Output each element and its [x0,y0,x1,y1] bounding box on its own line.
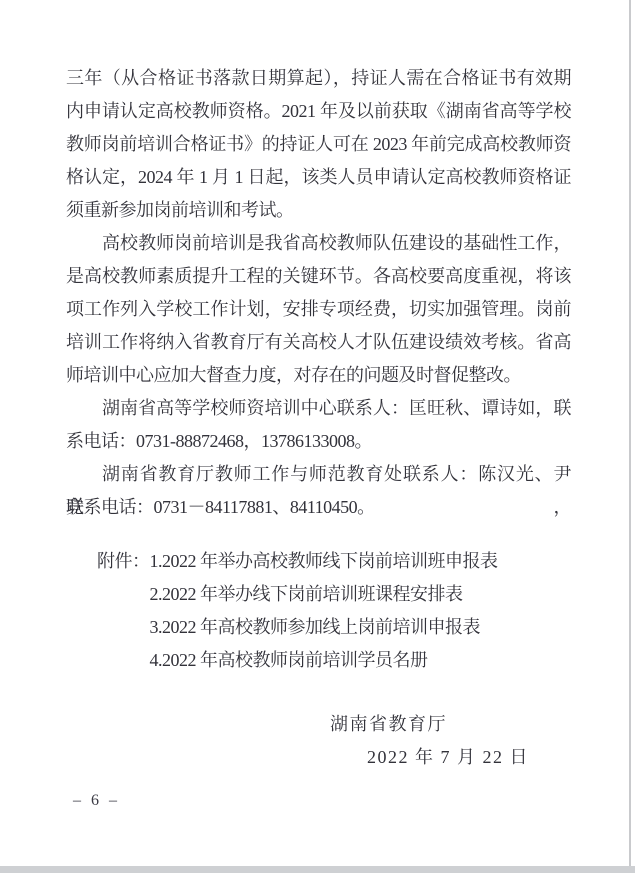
text-line: 湖南省教育厅教师工作与师范教育处联系人：陈汉光、尹竞， [66,458,571,491]
text-line: 师培训中心应加大督查力度，对存在的问题及时督促整改。 [66,359,571,392]
attachment-item: 3.2022 年高校教师参加线上岗前培训申报表 [150,611,498,644]
text-line: 格认定，2024 年 1 月 1 日起，该类人员申请认定高校教师资格证 [66,161,571,194]
attachment-item: 1.2022 年举办高校教师线下岗前培训班申报表 [150,545,498,578]
attachments-label: 附件： [97,545,150,578]
scanned-document-page: 三年（从合格证书落款日期算起），持证人需在合格证书有效期 内申请认定高校教师资格… [0,0,635,873]
text-line: 是高校教师素质提升工程的关键环节。各高校要高度重视，将该 [66,260,571,293]
attachment-item: 2.2022 年举办线下岗前培训班课程安排表 [150,578,498,611]
text-line: 三年（从合格证书落款日期算起），持证人需在合格证书有效期 [66,62,571,95]
paragraph-training-center-contact: 湖南省高等学校师资培训中心联系人：匡旺秋、谭诗如，联 系电话：0731-8887… [66,392,571,458]
issuer-signature: 湖南省教育厅 [330,708,571,741]
paragraph-certificate-validity: 三年（从合格证书落款日期算起），持证人需在合格证书有效期 内申请认定高校教师资格… [66,62,571,227]
text-line: 系电话：0731-88872468，13786133008。 [66,425,571,458]
text-line: 高校教师岗前培训是我省高校教师队伍建设的基础性工作， [66,227,571,260]
issue-date: 2022 年 7 月 22 日 [367,741,571,774]
scan-edge-right [629,0,631,873]
page-number: – 6 – [73,792,120,810]
text-line: 教师岗前培训合格证书》的持证人可在 2023 年前完成高校教师资 [66,128,571,161]
text-line: 须重新参加岗前培训和考试。 [66,194,571,227]
attachments-section: 附件： 1.2022 年举办高校教师线下岗前培训班申报表 2.2022 年举办线… [66,545,571,677]
attachment-item: 4.2022 年高校教师岗前培训学员名册 [150,644,498,677]
paragraph-training-importance: 高校教师岗前培训是我省高校教师队伍建设的基础性工作， 是高校教师素质提升工程的关… [66,227,571,392]
scan-edge-bottom [0,866,635,873]
text-line: 项工作列入学校工作计划，安排专项经费，切实加强管理。岗前 [66,293,571,326]
paragraph-education-dept-contact: 湖南省教育厅教师工作与师范教育处联系人：陈汉光、尹竞， 联系电话：0731－84… [66,458,571,524]
text-line: 培训工作将纳入省教育厅有关高校人才队伍建设绩效考核。省高 [66,326,571,359]
attachments-list: 1.2022 年举办高校教师线下岗前培训班申报表 2.2022 年举办线下岗前培… [150,545,498,677]
document-body: 三年（从合格证书落款日期算起），持证人需在合格证书有效期 内申请认定高校教师资格… [66,62,571,774]
text-line: 内申请认定高校教师资格。2021 年及以前获取《湖南省高等学校 [66,95,571,128]
text-line: 湖南省高等学校师资培训中心联系人：匡旺秋、谭诗如，联 [66,392,571,425]
